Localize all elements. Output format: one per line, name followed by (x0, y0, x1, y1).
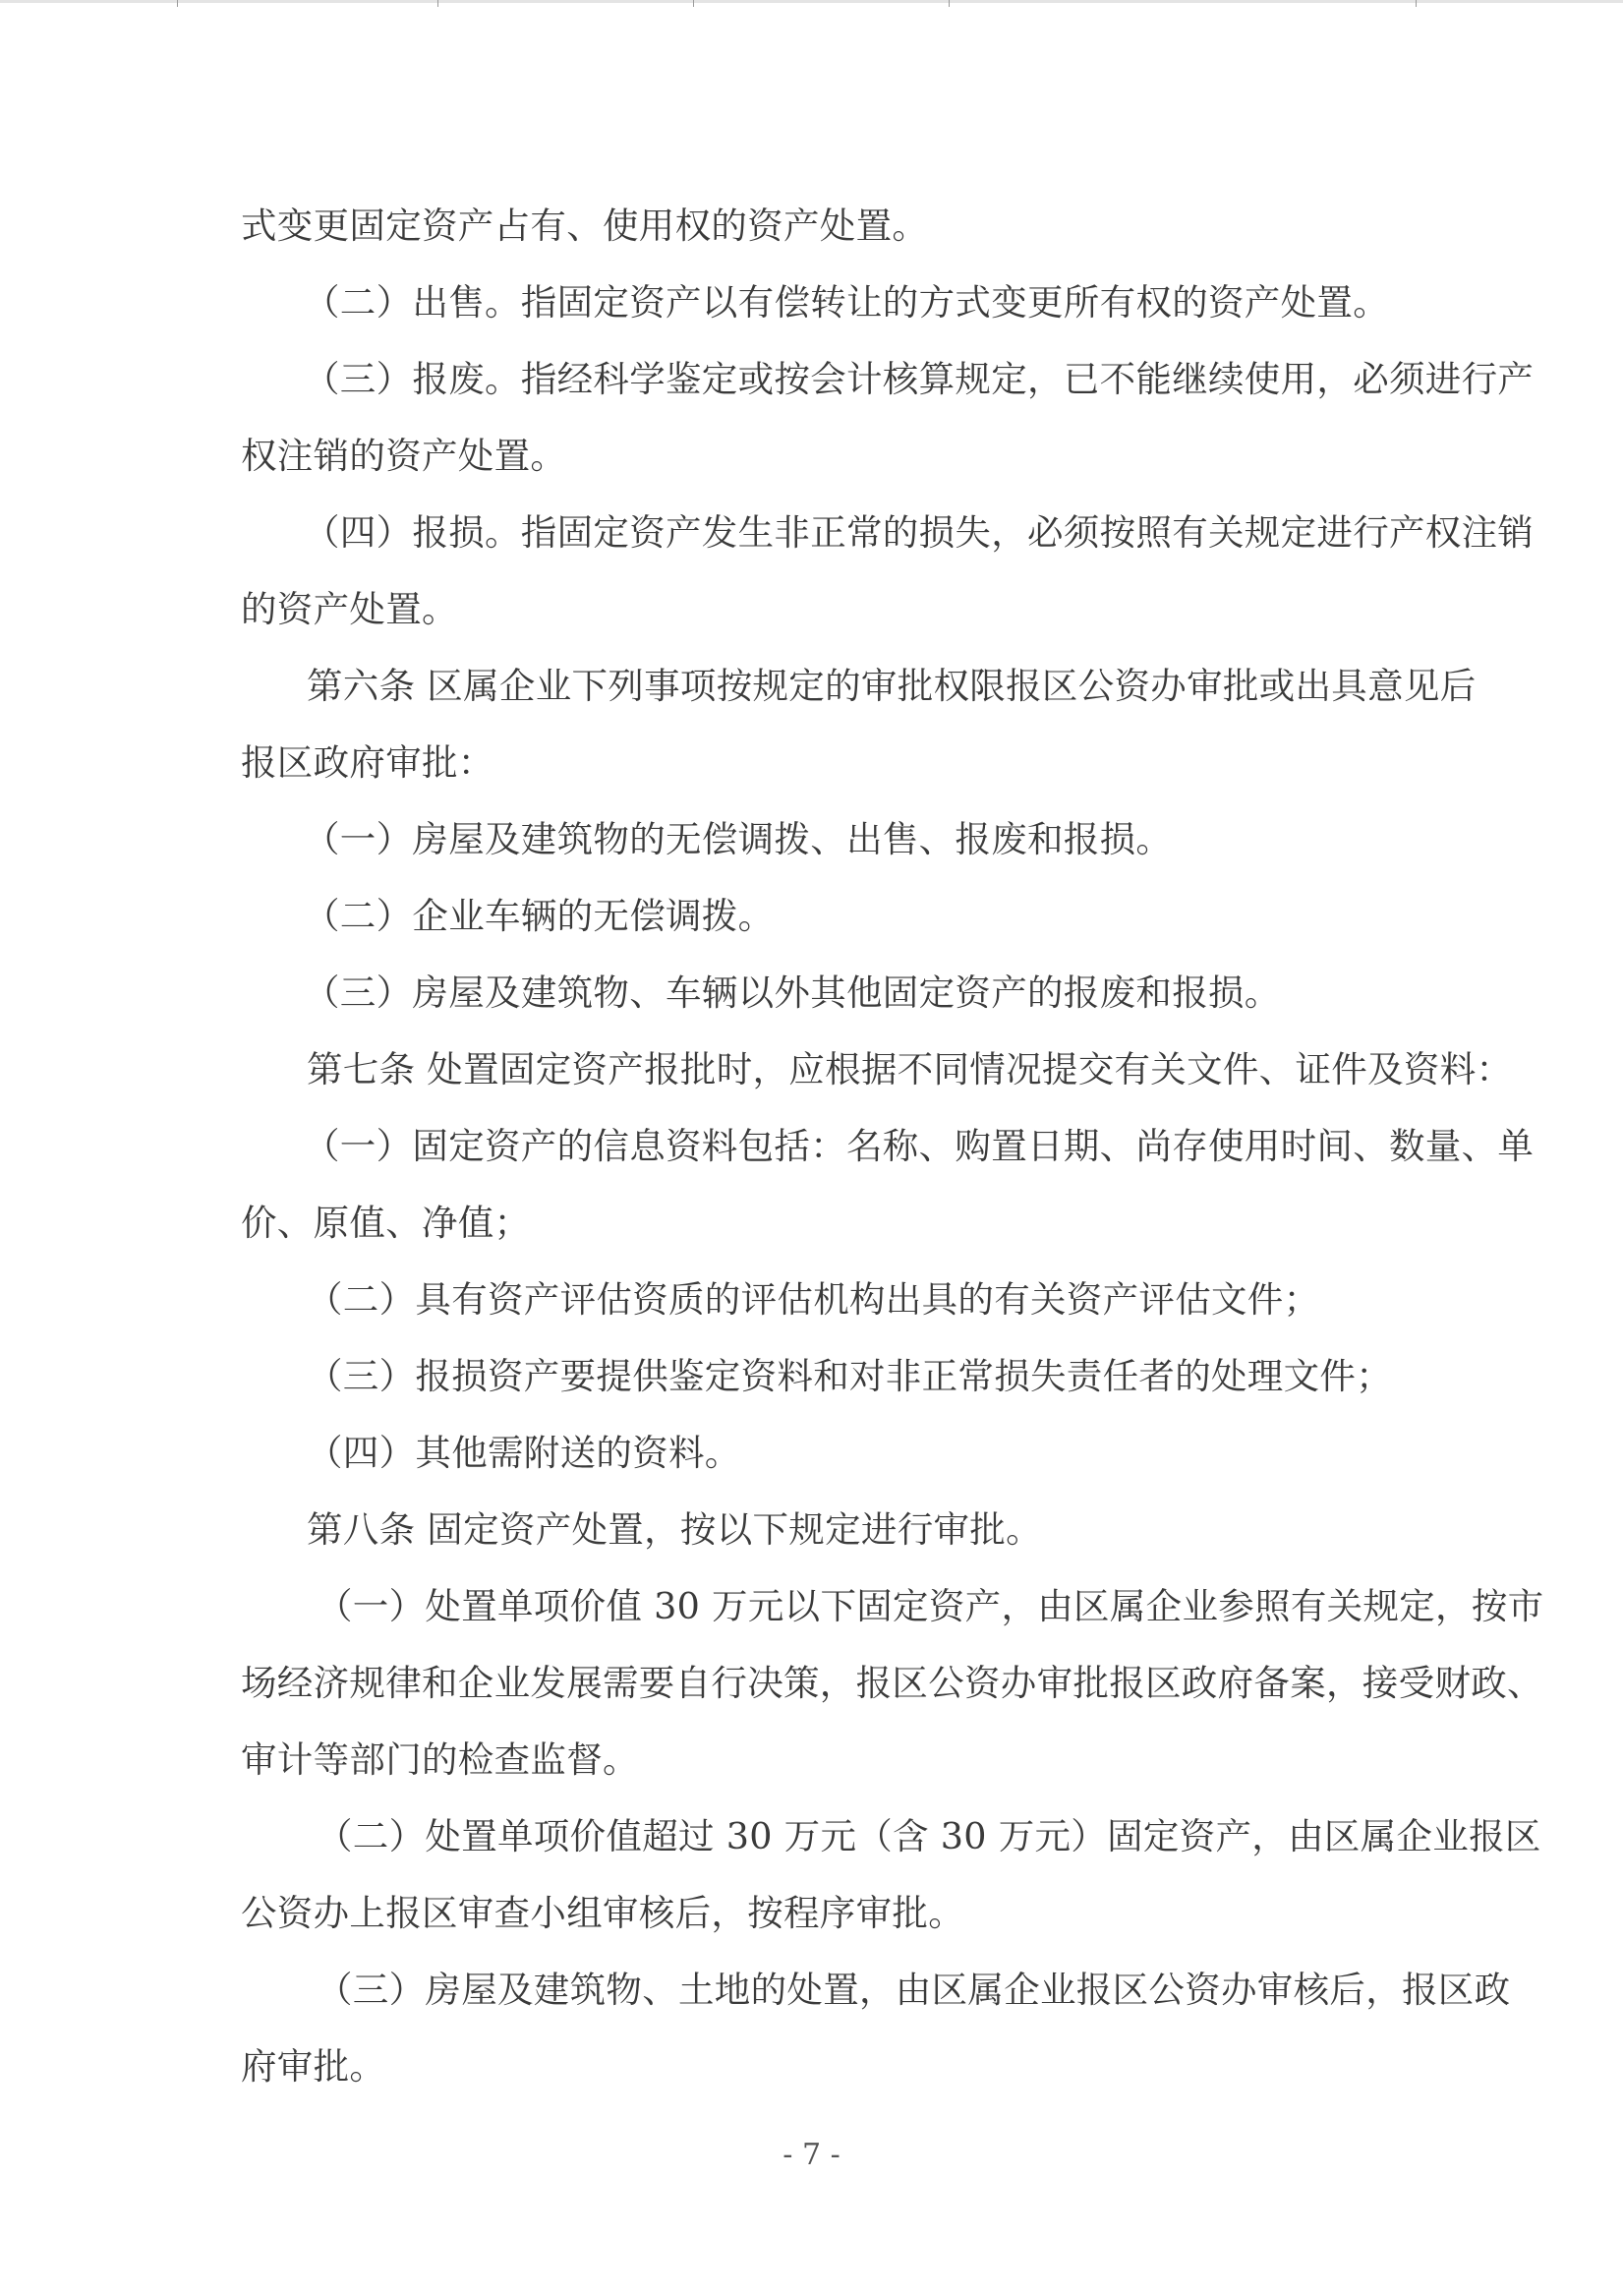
text-line: 权注销的资产处置。 (241, 437, 566, 476)
text-line: （四）报损。指固定资产发生非正常的损失，必须按照有关规定进行产权注销 (304, 513, 1534, 553)
text-line: 审计等部门的检查监督。 (241, 1740, 639, 1780)
text-line: 府审批。 (241, 2047, 385, 2087)
text-line: 第八条 固定资产处置，按以下规定进行审批。 (307, 1510, 1042, 1550)
text-line: 价、原值、净值； (241, 1204, 530, 1243)
text-line: （三）房屋及建筑物、土地的处置，由区属企业报区公资办审核后，报区政 (317, 1971, 1510, 2010)
text-line: 第六条 区属企业下列事项按规定的审批权限报区公资办审批或出具意见后 (307, 667, 1477, 706)
text-line: （二）出售。指固定资产以有偿转让的方式变更所有权的资产处置。 (304, 283, 1389, 323)
text-line: 第七条 处置固定资产报批时，应根据不同情况提交有关文件、证件及资料： (307, 1050, 1512, 1089)
text-line: （三）报废。指经科学鉴定或按会计核算规定，已不能继续使用，必须进行产 (304, 360, 1534, 399)
scan-tick-mark (177, 0, 178, 7)
text-line: （一）处置单项价值 30 万元以下固定资产，由区属企业参照有关规定，按市 (317, 1587, 1543, 1626)
text-line: （三）报损资产要提供鉴定资料和对非正常损失责任者的处理文件； (307, 1357, 1392, 1396)
text-line: （一）固定资产的信息资料包括：名称、购置日期、尚存使用时间、数量、单 (304, 1127, 1534, 1166)
scan-tick-mark (1416, 0, 1417, 7)
text-line: （二）具有资产评估资质的评估机构出具的有关资产评估文件； (307, 1280, 1319, 1320)
scan-top-edge (0, 0, 1623, 3)
text-line: 场经济规律和企业发展需要自行决策，报区公资办审批报区政府备案，接受财政、 (241, 1664, 1543, 1703)
text-line: （四）其他需附送的资料。 (307, 1434, 741, 1473)
text-line: 式变更固定资产占有、使用权的资产处置。 (241, 206, 928, 246)
text-line: （一）房屋及建筑物的无偿调拨、出售、报废和报损。 (304, 820, 1172, 859)
scan-tick-mark (949, 0, 950, 7)
scan-tick-mark (693, 0, 694, 7)
text-line: （二）企业车辆的无偿调拨。 (304, 897, 774, 936)
text-line: （二）处置单项价值超过 30 万元（含 30 万元）固定资产，由区属企业报区 (317, 1817, 1541, 1856)
scan-tick-mark (437, 0, 438, 7)
text-line: 报区政府审批： (241, 743, 494, 783)
text-line: 的资产处置。 (241, 590, 458, 629)
text-line: 公资办上报区审查小组审核后，按程序审批。 (241, 1894, 964, 1933)
page-number: - 7 - (0, 2136, 1623, 2175)
text-line: （三）房屋及建筑物、车辆以外其他固定资产的报废和报损。 (304, 973, 1281, 1013)
